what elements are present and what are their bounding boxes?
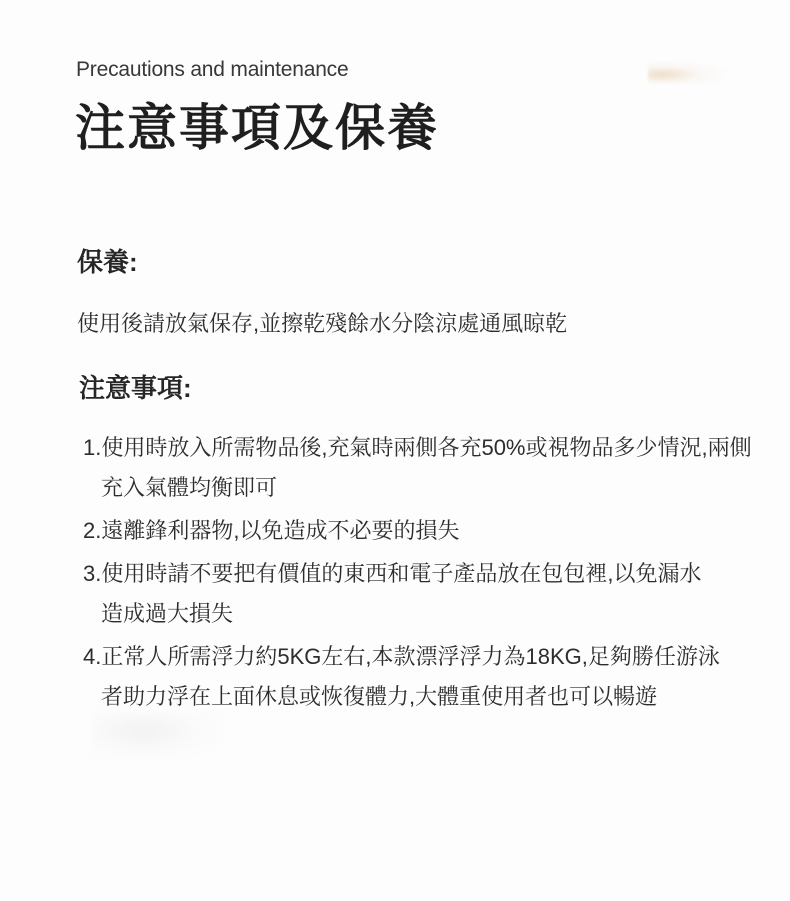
notice-item-3: 3.使用時請不要把有價值的東西和電子產品放在包包裡,以免漏水 造成過大損失	[83, 554, 778, 634]
precautions-page: Precautions and maintenance 注意事項及保養 保養: …	[0, 0, 790, 901]
notice-item-2-line-1: 2.遠離鋒利器物,以免造成不必要的損失	[83, 511, 778, 551]
notice-item-1: 1.使用時放入所需物品後,充氣時兩側各充50%或視物品多少情況,兩側 充入氣體均…	[83, 428, 778, 508]
notice-heading: 注意事項:	[79, 371, 192, 405]
notice-item-4: 4.正常人所需浮力約5KG左右,本款漂浮浮力為18KG,足夠勝任游泳 者助力浮在…	[83, 637, 778, 717]
care-body-text: 使用後請放氣保存,並擦乾殘餘水分陰涼處通風晾乾	[77, 309, 567, 339]
care-heading: 保養:	[77, 245, 138, 279]
notice-item-3-line-2: 造成過大損失	[83, 594, 778, 634]
notice-item-4-line-2: 者助力浮在上面休息或恢復體力,大體重使用者也可以暢遊	[83, 677, 778, 717]
page-title: 注意事項及保養	[75, 98, 439, 158]
notice-list: 1.使用時放入所需物品後,充氣時兩側各充50%或視物品多少情況,兩側 充入氣體均…	[83, 428, 778, 720]
notice-item-1-line-2: 充入氣體均衡即可	[83, 468, 778, 508]
notice-item-1-line-1: 1.使用時放入所需物品後,充氣時兩側各充50%或視物品多少情況,兩側	[83, 428, 778, 468]
subtitle-english: Precautions and maintenance	[76, 58, 348, 82]
notice-item-3-line-1: 3.使用時請不要把有價值的東西和電子產品放在包包裡,以免漏水	[83, 554, 778, 594]
notice-item-4-line-1: 4.正常人所需浮力約5KG左右,本款漂浮浮力為18KG,足夠勝任游泳	[83, 637, 778, 677]
notice-item-2: 2.遠離鋒利器物,以免造成不必要的損失	[83, 511, 778, 551]
watermark-smudge	[648, 60, 728, 84]
